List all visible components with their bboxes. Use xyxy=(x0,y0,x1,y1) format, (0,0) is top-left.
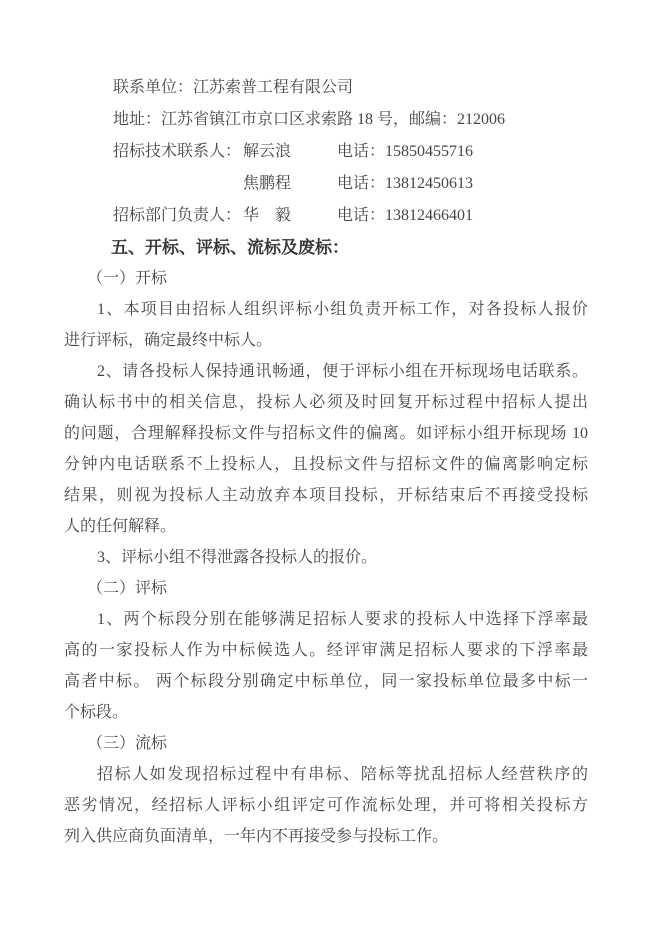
body-line: 确认标书中的相关信息，投标人必须及时回复开标过程中招标人提出 xyxy=(64,387,588,418)
section-heading: 五、开标、评标、流标及废标： xyxy=(64,232,588,263)
subsection-title-kaibiao: （一）开标 xyxy=(64,263,588,294)
body-line: 个标段。 xyxy=(64,697,588,728)
body-line: 招标人如发现招标过程中有串标、陪标等扰乱招标人经营秩序的 xyxy=(64,759,588,790)
contact-role-label: 招标技术联系人： xyxy=(113,136,243,168)
phone-label: 电话： xyxy=(337,175,385,192)
body-line: 列入供应商负面清单，一年内不再接受参与投标工作。 xyxy=(64,821,588,852)
phone-label: 电话： xyxy=(337,207,385,224)
body-line: 分钟内电话联系不上投标人，且投标文件与招标文件的偏离影响定标 xyxy=(64,449,588,480)
body-line: 人的任何解释。 xyxy=(64,511,588,542)
body-line: 的问题，合理解释投标文件与招标文件的偏离。如评标小组开标现场 10 xyxy=(64,418,588,449)
contact-row-tech-contact-2: 焦鹏程 电话：13812450613 xyxy=(64,168,588,200)
contact-person-name: 华 毅 xyxy=(243,200,337,232)
phone-number: 15850455716 xyxy=(385,143,473,160)
subsection-title-pingbiao: （二）评标 xyxy=(64,573,588,604)
document-content: 联系单位：江苏索普工程有限公司 地址：江苏省镇江市京口区求索路 18 号，邮编：… xyxy=(64,72,588,852)
contact-phone: 电话：13812466401 xyxy=(337,200,473,232)
contact-row-tech-contact-1: 招标技术联系人： 解云浪 电话：15850455716 xyxy=(64,136,588,168)
contact-phone: 电话：13812450613 xyxy=(337,168,473,200)
document-page: 联系单位：江苏索普工程有限公司 地址：江苏省镇江市京口区求索路 18 号，邮编：… xyxy=(0,0,662,936)
body-line: 结果，则视为投标人主动放弃本项目投标，开标结束后不再接受投标 xyxy=(64,480,588,511)
contact-person-name: 焦鹏程 xyxy=(243,168,337,200)
phone-label: 电话： xyxy=(337,143,385,160)
phone-number: 13812466401 xyxy=(385,207,473,224)
body-line: 高者中标。 两个标段分别确定中标单位，同一家投标单位最多中标一 xyxy=(64,666,588,697)
body-line: 进行评标，确定最终中标人。 xyxy=(64,325,588,356)
contact-person-name: 解云浪 xyxy=(243,136,337,168)
body-line: 3、评标小组不得泄露各投标人的报价。 xyxy=(64,542,588,573)
contact-role-label xyxy=(113,168,243,200)
contact-row-dept-head: 招标部门负责人： 华 毅 电话：13812466401 xyxy=(64,200,588,232)
contact-phone: 电话：15850455716 xyxy=(337,136,473,168)
body-line: 1、本项目由招标人组织评标小组负责开标工作，对各投标人报价 xyxy=(64,294,588,325)
subsection-title-liubiao: （三）流标 xyxy=(64,728,588,759)
body-line: 高的一家投标人作为中标候选人。经评审满足招标人要求的下浮率最 xyxy=(64,635,588,666)
body-line: 2、请各投标人保持通讯畅通，便于评标小组在开标现场电话联系。 xyxy=(64,356,588,387)
body-line: 恶劣情况，经招标人评标小组评定可作流标处理，并可将相关投标方 xyxy=(64,790,588,821)
body-line: 1、两个标段分别在能够满足招标人要求的投标人中选择下浮率最 xyxy=(64,604,588,635)
contact-address-line: 地址：江苏省镇江市京口区求索路 18 号，邮编：212006 xyxy=(64,104,588,136)
contact-unit-line: 联系单位：江苏索普工程有限公司 xyxy=(64,72,588,104)
phone-number: 13812450613 xyxy=(385,175,473,192)
contact-role-label: 招标部门负责人： xyxy=(113,200,243,232)
